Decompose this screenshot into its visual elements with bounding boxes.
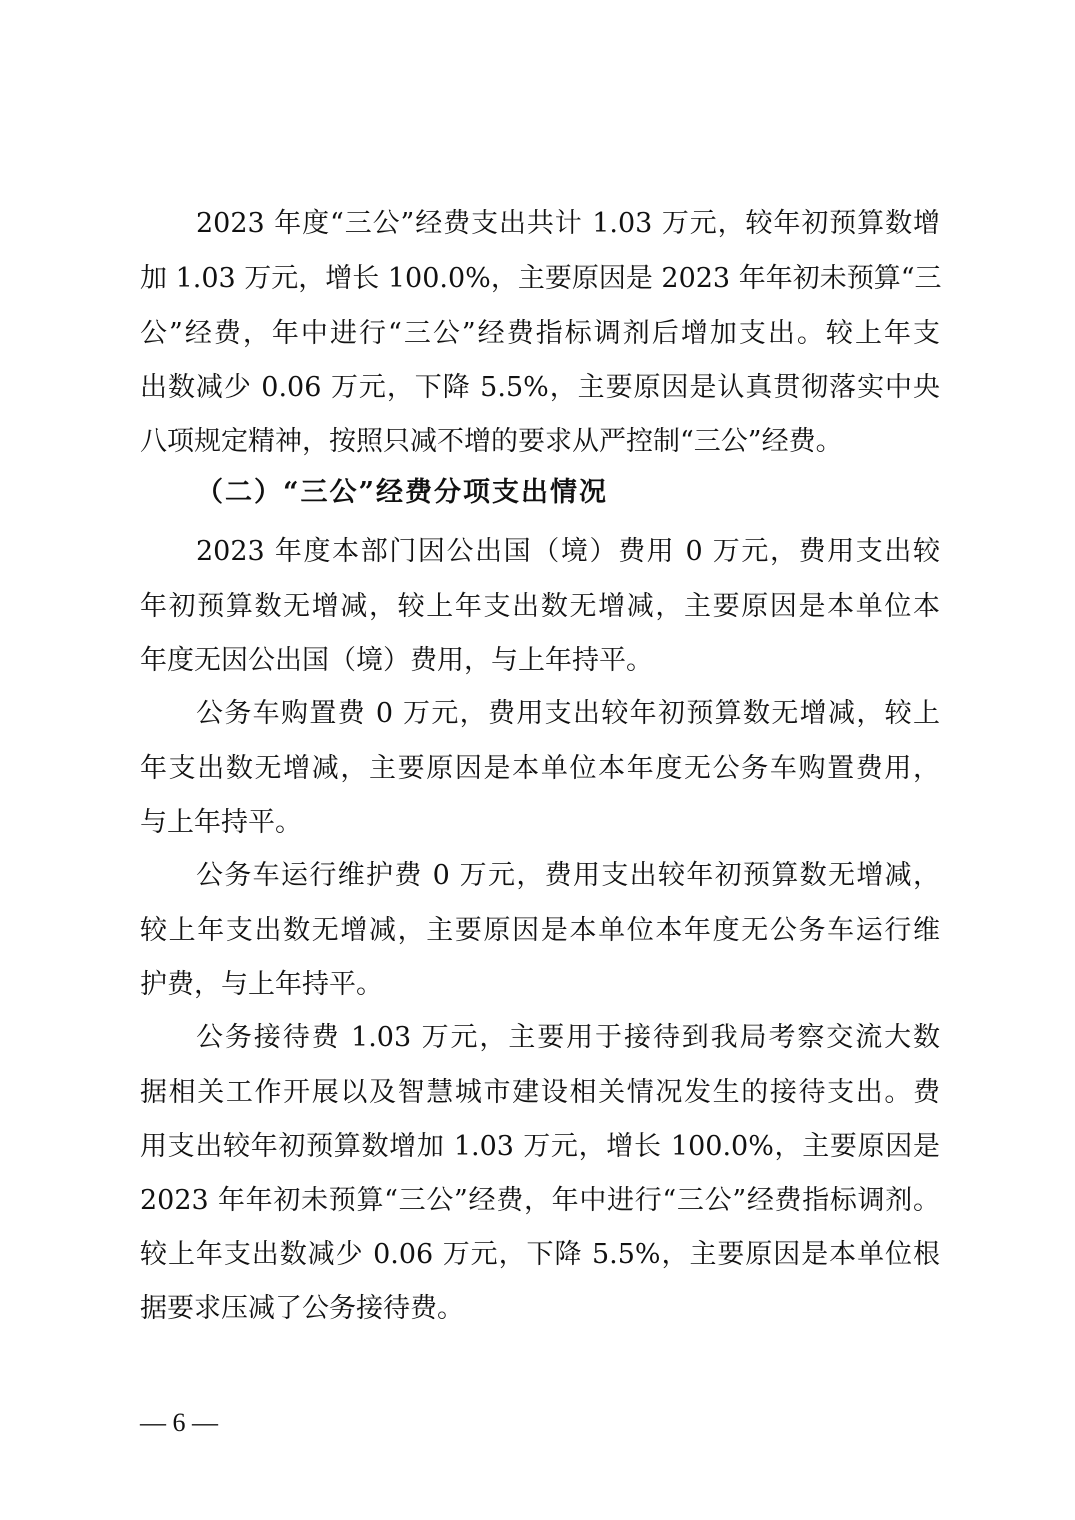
text-line: 出数减少 0.06 万元，下降 5.5%，主要原因是认真贯彻落实中央 (140, 371, 940, 405)
text-line: 2023 年年初未预算“三公”经费，年中进行“三公”经费指标调剂。 (140, 1184, 940, 1218)
text-line: 据要求压减了公务接待费。 (140, 1292, 940, 1326)
section-heading: （二）“三公”经费分项支出情况 (196, 476, 608, 510)
text-line: 年初预算数无增减，较上年支出数无增减，主要原因是本单位本 (140, 590, 940, 624)
text-line: 公”经费，年中进行“三公”经费指标调剂后增加支出。较上年支 (140, 317, 940, 351)
page-number: — 6 — (140, 1408, 218, 1438)
text-line: 较上年支出数减少 0.06 万元，下降 5.5%，主要原因是本单位根 (140, 1238, 940, 1272)
text-line: 年度无因公出国（境）费用，与上年持平。 (140, 644, 940, 678)
text-line: 加 1.03 万元，增长 100.0%，主要原因是 2023 年年初未预算“三 (140, 262, 940, 296)
text-line: 公务车购置费 0 万元，费用支出较年初预算数无增减，较上 (196, 697, 940, 731)
document-page: 2023 年度“三公”经费支出共计 1.03 万元，较年初预算数增 加 1.03… (0, 0, 1075, 1520)
text-line: 据相关工作开展以及智慧城市建设相关情况发生的接待支出。费 (140, 1076, 940, 1110)
text-line: 2023 年度本部门因公出国（境）费用 0 万元，费用支出较 (196, 535, 940, 569)
text-line: 公务车运行维护费 0 万元，费用支出较年初预算数无增减， (196, 859, 940, 893)
text-line: 护费，与上年持平。 (140, 968, 940, 1002)
text-line: 2023 年度“三公”经费支出共计 1.03 万元，较年初预算数增 (196, 207, 940, 241)
text-line: 年支出数无增减，主要原因是本单位本年度无公务车购置费用， (140, 752, 940, 786)
text-line: 八项规定精神，按照只减不增的要求从严控制“三公”经费。 (140, 425, 940, 459)
text-line: 与上年持平。 (140, 806, 940, 840)
text-line: 用支出较年初预算数增加 1.03 万元，增长 100.0%，主要原因是 (140, 1130, 940, 1164)
text-line: 较上年支出数无增减，主要原因是本单位本年度无公务车运行维 (140, 914, 940, 948)
text-line: 公务接待费 1.03 万元，主要用于接待到我局考察交流大数 (196, 1021, 940, 1055)
